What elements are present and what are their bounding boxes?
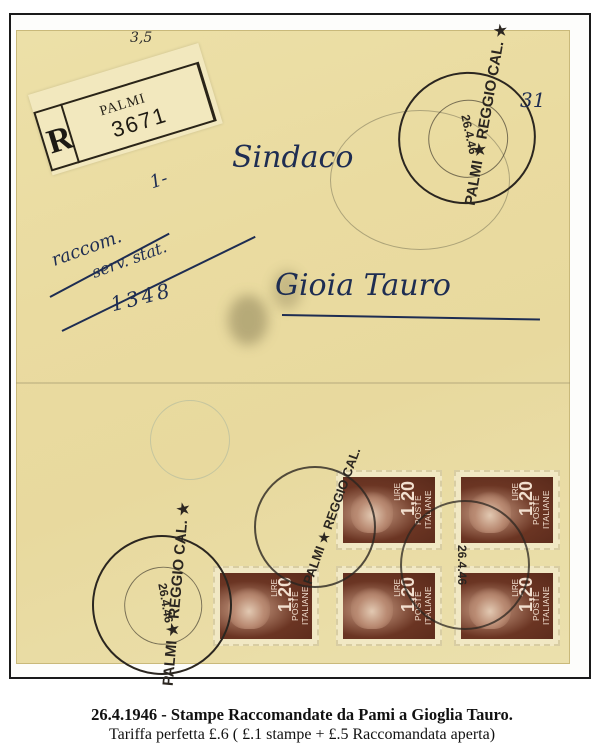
postmark-annotation: 31 bbox=[520, 88, 545, 112]
postmark-date: 26.4.46 bbox=[455, 545, 469, 585]
faint-blue-mark bbox=[150, 400, 230, 480]
handwritten-fragment: 3,5 bbox=[130, 30, 152, 46]
stamp-country: POSTE ITALIANE bbox=[531, 479, 551, 541]
stamp-country: POSTE ITALIANE bbox=[531, 575, 551, 637]
postmark-stamps-left: PALMI ★ REGGIO CAL. bbox=[254, 466, 376, 588]
destination-city: Gioia Tauro bbox=[275, 268, 451, 303]
ink-smudge bbox=[228, 295, 268, 345]
postmark-stamps-right: 26.4.46 bbox=[400, 500, 530, 630]
caption-subtitle: Tariffa perfetta £.6 ( £.1 stampe + £.5 … bbox=[0, 726, 604, 744]
cover-fold-line bbox=[16, 382, 570, 384]
addressee-title: Sindaco bbox=[232, 140, 353, 175]
faint-postmark bbox=[330, 110, 510, 250]
caption-title: 26.4.1946 - Stampe Raccomandate da Pami … bbox=[0, 705, 604, 725]
